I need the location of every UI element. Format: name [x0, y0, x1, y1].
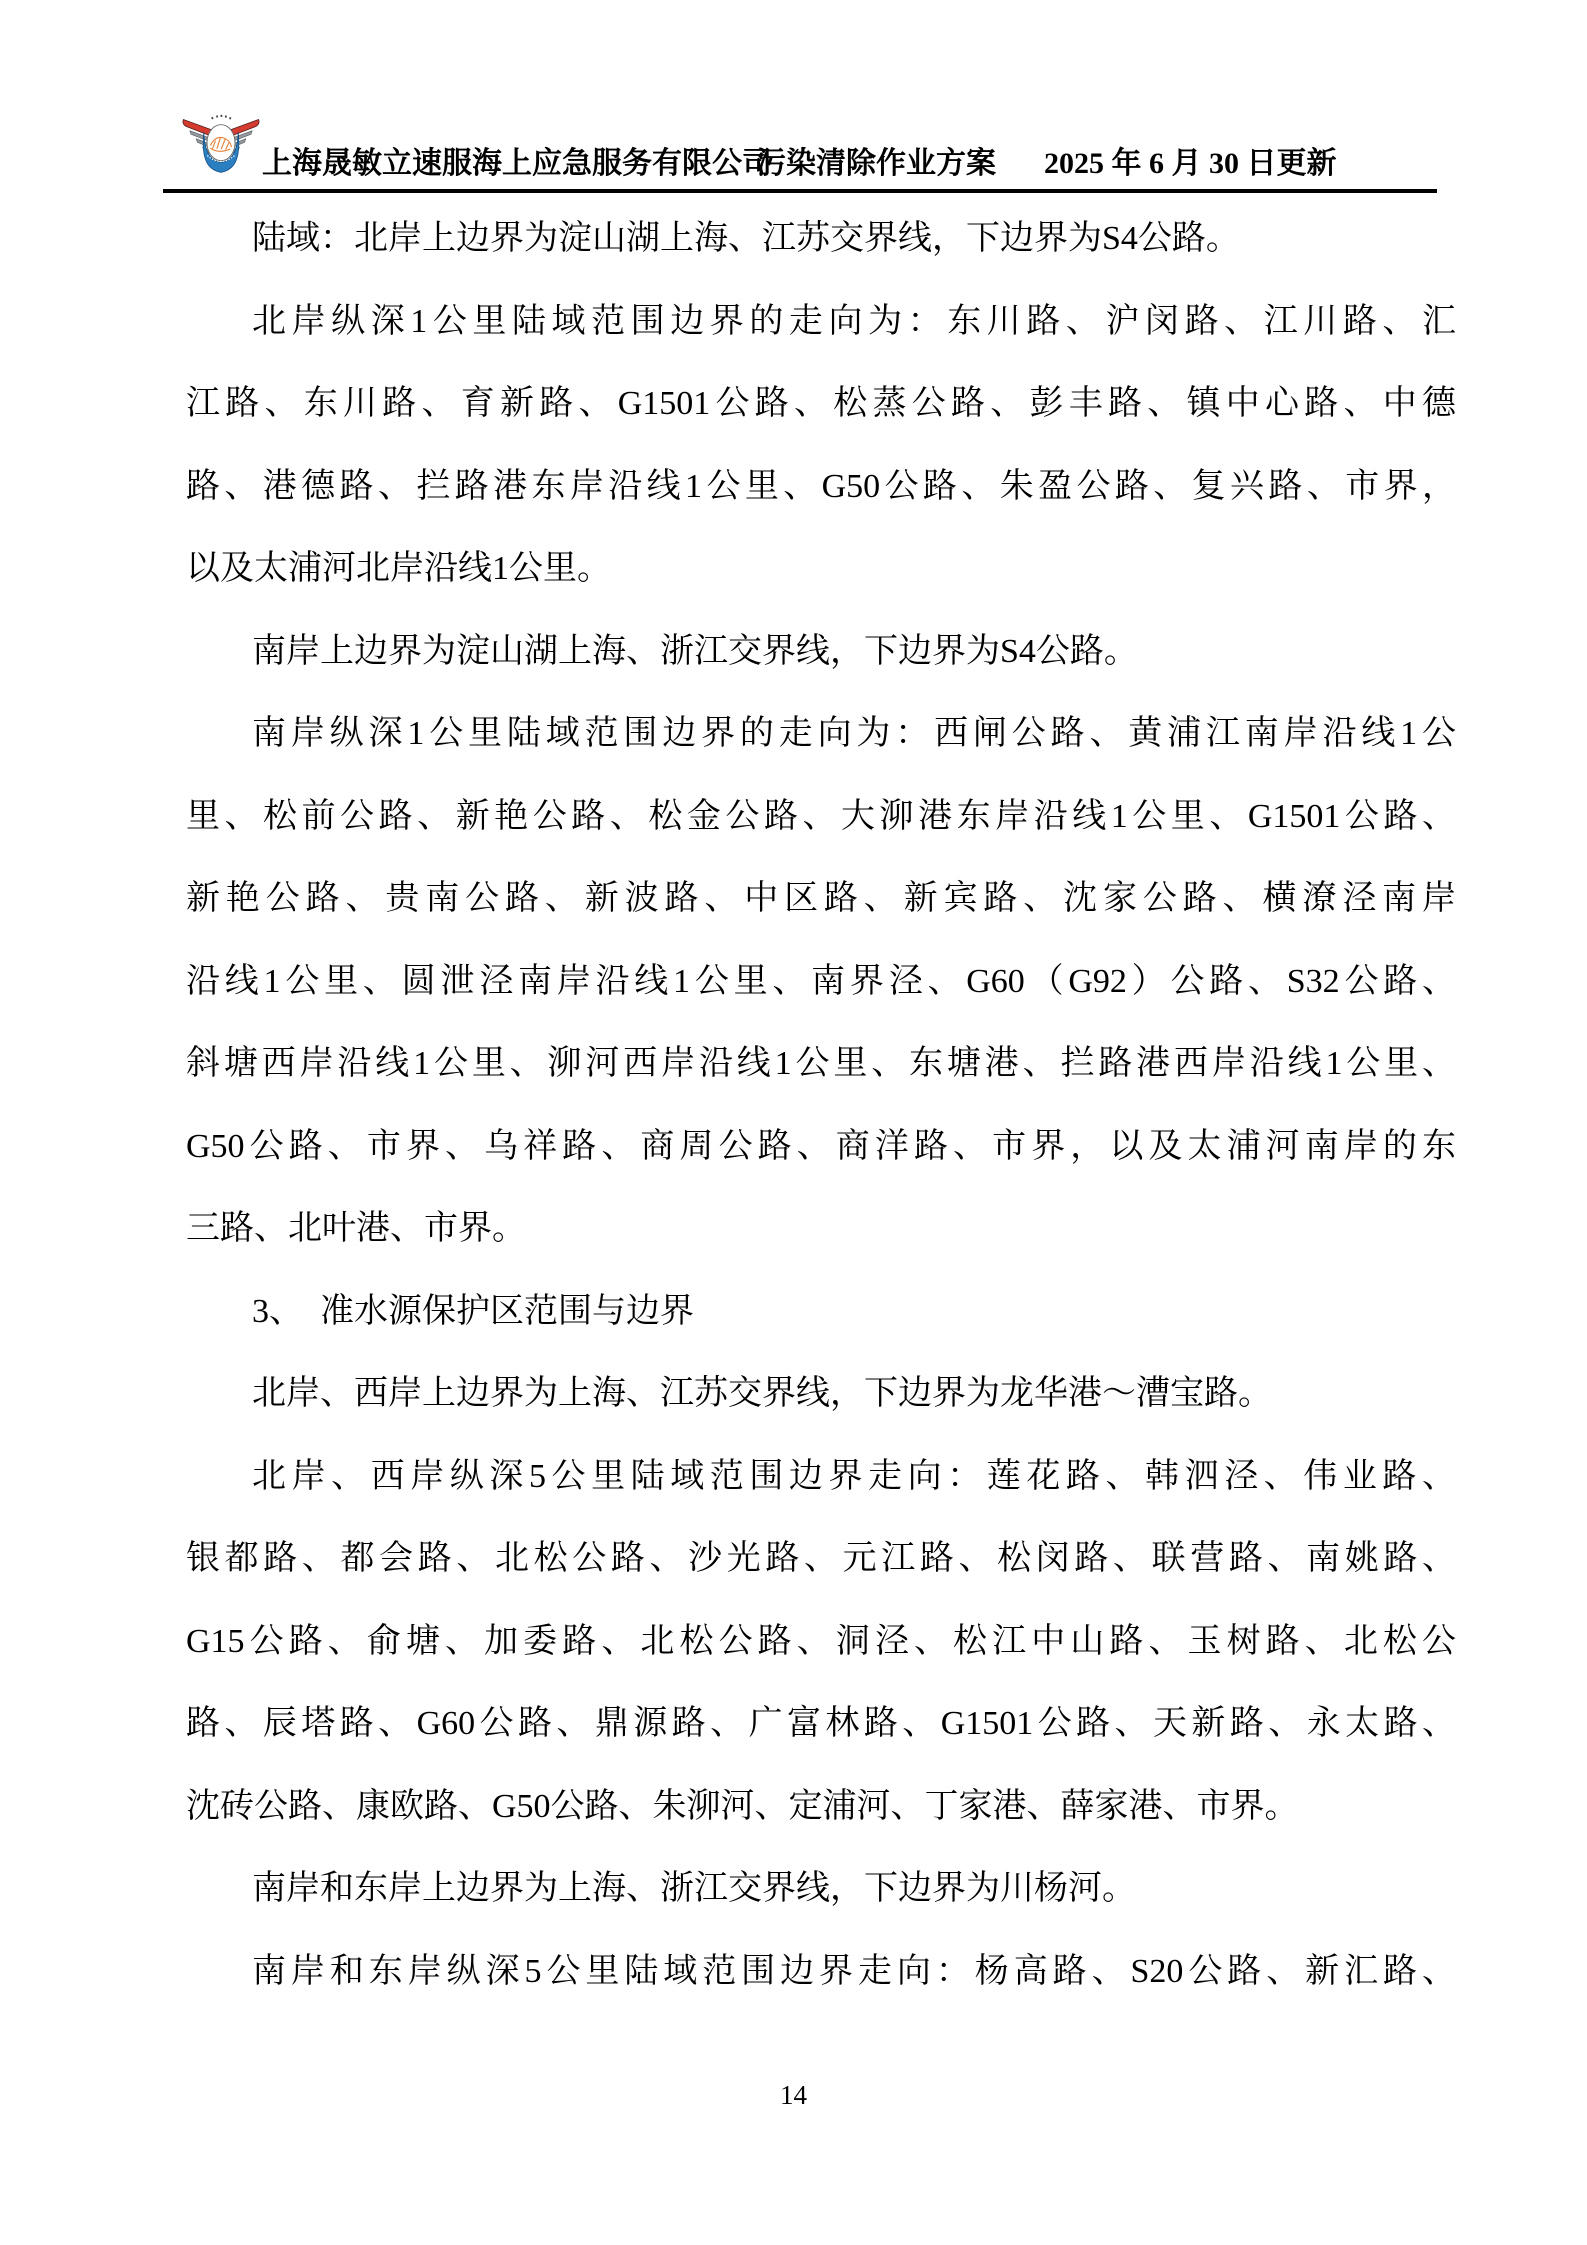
body-line: 沿线1公里、圆泄泾南岸沿线1公里、南界泾、G60（G92）公路、S32公路、 [186, 941, 1456, 1024]
body-line: 沈砖公路、康欧路、G50公路、朱泖河、定浦河、丁家港、薛家港、市界。 [186, 1766, 1456, 1849]
body-line: G15公路、俞塘、加委路、北松公路、洞泾、松江中山路、玉树路、北松公 [186, 1601, 1456, 1684]
page-footer: 14 [0, 2080, 1587, 2111]
body-line: 路、辰塔路、G60公路、鼎源路、广富林路、G1501公路、天新路、永太路、 [186, 1683, 1456, 1766]
body-line: 陆域：北岸上边界为淀山湖上海、江苏交界线，下边界为S4公路。 [186, 198, 1456, 281]
body-line: G50公路、市界、乌祥路、商周公路、商洋路、市界，以及太浦河南岸的东 [186, 1106, 1456, 1189]
body-line: 路、港德路、拦路港东岸沿线1公里、G50公路、朱盈公路、复兴路、市界， [186, 446, 1456, 529]
body-line: 新艳公路、贵南公路、新波路、中区路、新宾路、沈家公路、横潦泾南岸 [186, 858, 1456, 941]
body-line: 南岸和东岸纵深5公里陆域范围边界走向：杨高路、S20公路、新汇路、 [186, 1931, 1456, 2014]
company-logo-icon [181, 110, 261, 185]
body-line: 江路、东川路、育新路、G1501公路、松蒸公路、彭丰路、镇中心路、中德 [186, 363, 1456, 446]
body-line: 南岸上边界为淀山湖上海、浙江交界线，下边界为S4公路。 [186, 611, 1456, 694]
body-line: 南岸和东岸上边界为上海、浙江交界线，下边界为川杨河。 [186, 1848, 1456, 1931]
body-line: 南岸纵深1公里陆域范围边界的走向为：西闸公路、黄浦江南岸沿线1公 [186, 693, 1456, 776]
body-line: 3、 准水源保护区范围与边界 [186, 1271, 1456, 1354]
header-updated-date: 2025 年 6 月 30 日更新 [1044, 146, 1337, 182]
logo-top-marks [211, 115, 231, 120]
document-page: 上海晟敏立速服海上应急服务有限公司 污染清除作业方案 2025 年 6 月 30… [0, 0, 1587, 2245]
body-line: 北岸、西岸上边界为上海、江苏交界线，下边界为龙华港～漕宝路。 [186, 1353, 1456, 1436]
header-doc-title: 污染清除作业方案 [756, 146, 996, 182]
body-line: 以及太浦河北岸沿线1公里。 [186, 528, 1456, 611]
body-line: 里、松前公路、新艳公路、松金公路、大泖港东岸沿线1公里、G1501公路、 [186, 776, 1456, 859]
body-line: 斜塘西岸沿线1公里、泖河西岸沿线1公里、东塘港、拦路港西岸沿线1公里、 [186, 1023, 1456, 1106]
header-rule [163, 189, 1437, 193]
page-number: 14 [780, 2080, 807, 2110]
body-line: 北岸、西岸纵深5公里陆域范围边界走向：莲花路、韩泗泾、伟业路、 [186, 1436, 1456, 1519]
body-line: 银都路、都会路、北松公路、沙光路、元江路、松闵路、联营路、南姚路、 [186, 1518, 1456, 1601]
body-line: 三路、北叶港、市界。 [186, 1188, 1456, 1271]
logo-oval [207, 125, 235, 161]
document-body: 陆域：北岸上边界为淀山湖上海、江苏交界线，下边界为S4公路。北岸纵深1公里陆域范… [186, 198, 1456, 2013]
header-company-name: 上海晟敏立速服海上应急服务有限公司 [262, 146, 772, 182]
body-line: 北岸纵深1公里陆域范围边界的走向为：东川路、沪闵路、江川路、汇 [186, 281, 1456, 364]
